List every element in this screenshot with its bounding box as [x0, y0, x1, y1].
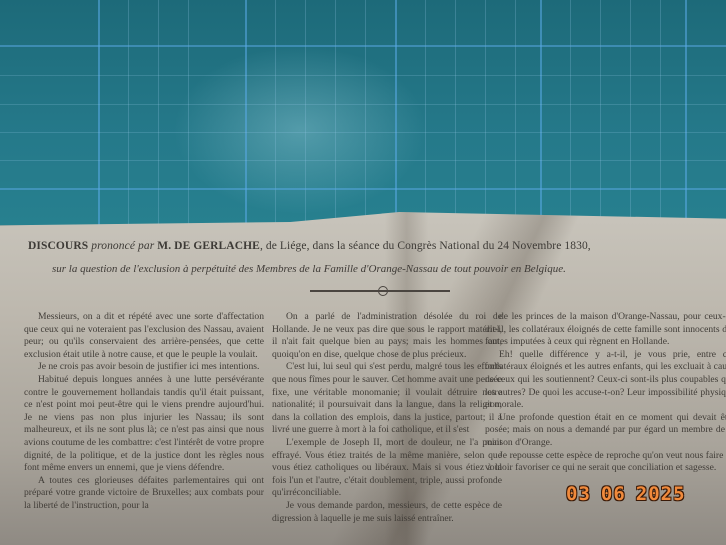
grid-line: [425, 0, 426, 225]
cutting-mat-background: [0, 0, 726, 225]
grid-line: [515, 0, 516, 225]
grid-line: [98, 0, 100, 225]
paragraph: Une profonde question était en ce moment…: [485, 412, 726, 450]
paragraph: C'est lui, lui seul qui s'est perdu, mal…: [272, 361, 502, 437]
grid-line: [485, 0, 486, 225]
date-stamp-day: 03: [566, 483, 591, 505]
paragraph: de les princes de la maison d'Orange-Nas…: [485, 311, 726, 349]
document-subtitle: sur la question de l'exclusion à perpétu…: [52, 263, 692, 275]
grid-line: [275, 0, 276, 225]
paragraph: Habitué depuis longues années à une lutt…: [24, 374, 264, 475]
paragraph: Messieurs, on a dit et répété avec une s…: [24, 311, 264, 361]
grid-line: [600, 0, 601, 225]
text-column-1: Messieurs, on a dit et répété avec une s…: [24, 311, 264, 513]
grid-line: [305, 0, 306, 225]
grid-line: [188, 0, 189, 225]
date-stamp-year: 2025: [636, 483, 686, 505]
grid-line: [365, 0, 366, 225]
grid-line: [0, 75, 726, 76]
title-author: M. DE GERLACHE: [157, 240, 260, 252]
ornamental-rule-knot: [378, 286, 388, 296]
paragraph: Eh! quelle différence y a-t-il, je vous …: [485, 349, 726, 412]
grid-line: [685, 0, 687, 225]
text-column-2: On a parlé de l'administration désolée d…: [272, 311, 502, 525]
grid-line: [335, 0, 336, 225]
grid-line: [630, 0, 631, 225]
date-stamp-month: 06: [601, 483, 626, 505]
grid-line: [158, 0, 159, 225]
grid-line: [660, 0, 661, 225]
grid-line: [128, 0, 129, 225]
grid-line: [0, 45, 726, 47]
paragraph: On a parlé de l'administration désolée d…: [272, 311, 502, 361]
grid-line: [0, 132, 726, 133]
paragraph: Je ne crois pas avoir besoin de justifie…: [24, 361, 264, 374]
grid-line: [395, 0, 397, 225]
grid-line: [540, 0, 542, 225]
paragraph: Je repousse cette espèce de reproche qu'…: [485, 450, 726, 475]
text-column-3: de les princes de la maison d'Orange-Nas…: [485, 311, 726, 475]
grid-line: [0, 188, 726, 190]
grid-line: [570, 0, 571, 225]
paragraph: L'exemple de Joseph II, mort de douleur,…: [272, 437, 502, 500]
paragraph: A toutes ces glorieuses défaites parleme…: [24, 475, 264, 513]
grid-line: [455, 0, 456, 225]
grid-line: [0, 160, 726, 161]
date-stamp: 03062025: [566, 483, 696, 505]
title-lead: DISCOURS: [28, 240, 88, 252]
document-title: DISCOURS prononcé par M. DE GERLACHE, de…: [28, 240, 718, 252]
title-rest: , de Liége, dans la séance du Congrès Na…: [260, 240, 591, 252]
grid-line: [245, 0, 247, 225]
grid-line: [0, 104, 726, 105]
title-verb: prononcé par: [91, 240, 154, 252]
paragraph: Je vous demande pardon, messieurs, de ce…: [272, 500, 502, 525]
